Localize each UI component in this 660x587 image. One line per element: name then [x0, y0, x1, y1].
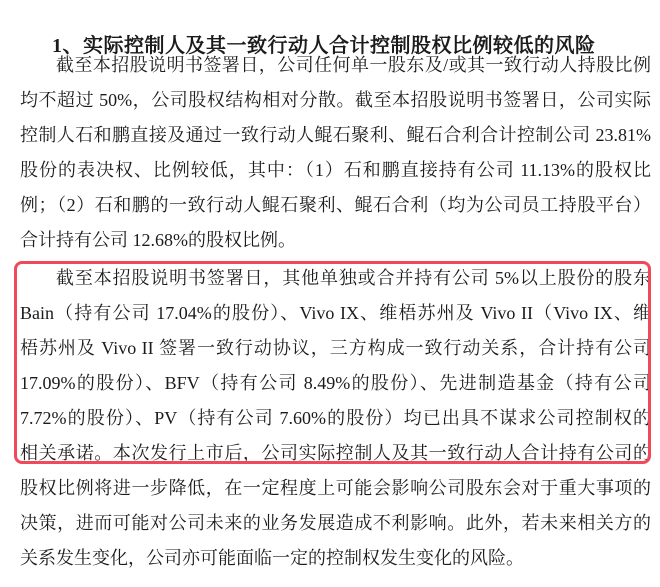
text-line: 决策，进而可能对公司未来的业务发展造成不利影响。此外，若未来相关方的 [20, 506, 651, 541]
text-line: 例；（2）石和鹏的一致行动人鲲石聚利、鲲石合利（均为公司员工持股平台） [20, 188, 651, 223]
text-line: 控制人石和鹏直接及通过一致行动人鲲石聚利、鲲石合利合计控制公司 23.81% [20, 118, 651, 153]
text-line: 均不超过 50%，公司股权结构相对分散。截至本招股说明书签署日，公司实际 [20, 83, 651, 118]
text-line: 股份的表决权、比例较低，其中：（1）石和鹏直接持有公司 11.13%的股权比 [20, 153, 651, 188]
paragraph-1: 截至本招股说明书签署日，公司任何单一股东及/或其一致行动人持股比例 均不超过 5… [20, 48, 651, 258]
text-line: 关系发生变化，公司亦可能面临一定的控制权发生变化的风险。 [20, 541, 651, 576]
text-line: 股权比例将进一步降低，在一定程度上可能会影响公司股东会对于重大事项的 [20, 471, 651, 506]
text-line: 17.09%的股份）、BFV（持有公司 8.49%的股份）、先进制造基金（持有公… [20, 366, 651, 401]
text-line: 截至本招股说明书签署日，其他单独或合并持有公司 5%以上股份的股东 [20, 261, 651, 296]
paragraph-2: 截至本招股说明书签署日，其他单独或合并持有公司 5%以上股份的股东 Bain（持… [20, 261, 651, 576]
text-line: 截至本招股说明书签署日，公司任何单一股东及/或其一致行动人持股比例 [20, 48, 651, 83]
text-line: 7.72%的股份）、PV（持有公司 7.60%的股份）均已出具不谋求公司控制权的 [20, 401, 651, 436]
text-line: 合计持有公司 12.68%的股权比例。 [20, 223, 651, 258]
text-line: 梧苏州及 Vivo II 签署一致行动协议，三方构成一致行动关系，合计持有公司 [20, 331, 651, 366]
text-line: Bain（持有公司 17.04%的股份）、Vivo IX、维梧苏州及 Vivo … [20, 296, 651, 331]
text-line: 相关承诺。本次发行上市后，公司实际控制人及其一致行动人合计持有公司的 [20, 436, 651, 471]
